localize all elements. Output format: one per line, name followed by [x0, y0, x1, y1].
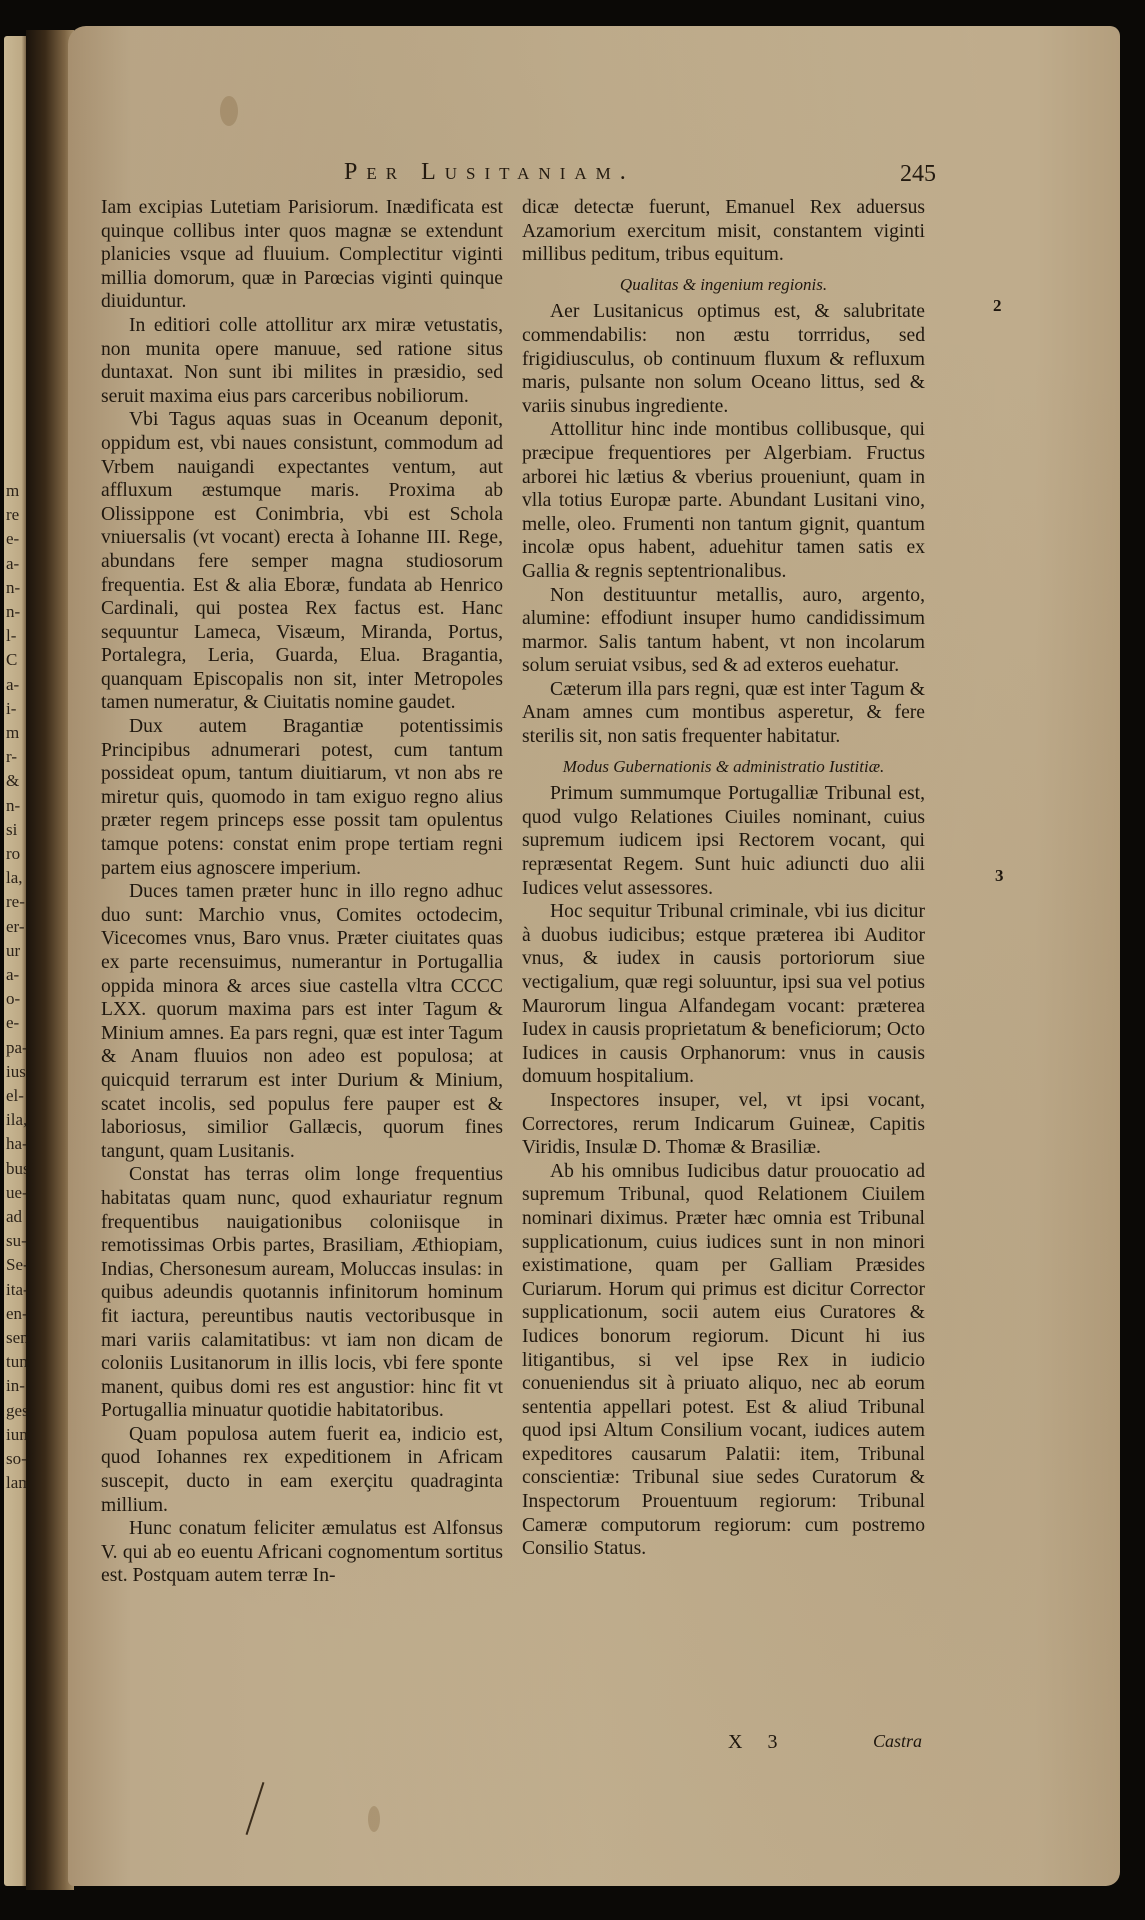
paper-stain: [220, 96, 238, 126]
paragraph: Quam populosa autem fuerit ea, indicio e…: [101, 1423, 503, 1517]
previous-page-fragment: a-: [6, 554, 19, 574]
previous-page-fragment: re: [6, 505, 19, 525]
previous-page-fragment: n-: [6, 796, 20, 816]
previous-page-fragment: gesi-: [6, 1401, 26, 1421]
signature-mark: X 3: [728, 1731, 787, 1754]
previous-page-fragment: la,: [6, 868, 23, 888]
previous-page-fragment: lam: [6, 1473, 26, 1493]
previous-page-fragment: r-: [6, 747, 17, 767]
previous-page-fragment: o-: [6, 989, 20, 1009]
previous-page-fragment: er-: [6, 917, 25, 937]
previous-page-fragment: &: [6, 771, 19, 791]
paragraph: Ab his omnibus Iudicibus datur prouocati…: [522, 1160, 925, 1561]
previous-page-fragment: m: [6, 723, 19, 743]
previous-page-fragment: sem: [6, 1328, 26, 1348]
previous-page-fragment: C: [6, 650, 17, 670]
section-heading-qualitas: Qualitas & ingenium regionis.: [522, 273, 925, 297]
book-page: Per Lusitaniam. 245 Iam excipias Lutetia…: [68, 26, 1120, 1886]
previous-page-fragment: a-: [6, 675, 19, 695]
previous-page-fragment: n-: [6, 602, 20, 622]
paragraph: Cæterum illa pars regni, quæ est inter T…: [522, 678, 925, 749]
paper-stain: [368, 1806, 380, 1832]
previous-page-fragment: en-: [6, 1304, 26, 1324]
previous-page-fragment: i-: [6, 699, 16, 719]
paragraph: Non destituuntur metallis, auro, argento…: [522, 584, 925, 678]
section-heading-gubernationis: Modus Gubernationis & administratio Iust…: [522, 755, 925, 779]
previous-page-edge: mree-a-n-n-l-Ca-i-mr-&n-sirola,re-er-ura…: [4, 36, 26, 1886]
previous-page-fragment: e-: [6, 529, 19, 549]
previous-page-fragment: re-: [6, 892, 25, 912]
catchword: Castra: [873, 1731, 922, 1752]
previous-page-fragment: el-: [6, 1086, 24, 1106]
pen-mark: [246, 1782, 265, 1835]
previous-page-fragment: l-: [6, 626, 16, 646]
paragraph: Iam excipias Lutetiam Parisiorum. Inædif…: [101, 196, 503, 314]
paragraph: Aer Lusitanicus optimus est, & salubrita…: [522, 300, 925, 418]
previous-page-fragment: pa-: [6, 1038, 26, 1058]
previous-page-fragment: si: [6, 820, 17, 840]
marginal-number-2: 2: [993, 296, 1002, 316]
previous-page-fragment: ro: [6, 844, 20, 864]
marginal-number-3: 3: [995, 866, 1004, 886]
previous-page-fragment: ha-: [6, 1134, 26, 1154]
previous-page-fragment: ium: [6, 1425, 26, 1445]
previous-page-fragment: su-: [6, 1231, 26, 1251]
previous-page-fragment: e-: [6, 1013, 19, 1033]
paragraph: Attollitur hinc inde montibus collibusqu…: [522, 418, 925, 583]
previous-page-fragment: Se-: [6, 1255, 26, 1275]
paragraph: Constat has terras olim longe frequentiu…: [101, 1163, 503, 1423]
previous-page-fragment: ur: [6, 941, 20, 961]
previous-page-fragment: ad: [6, 1207, 22, 1227]
previous-page-fragment: so-: [6, 1449, 26, 1469]
page-number: 245: [900, 161, 936, 188]
running-title: Per Lusitaniam.: [344, 159, 635, 186]
previous-page-fragment: ue-: [6, 1183, 26, 1203]
paragraph: Vbi Tagus aquas suas in Oceanum deponit,…: [101, 408, 503, 715]
paragraph: Primum summumque Portugalliæ Tribunal es…: [522, 782, 925, 900]
previous-page-fragment: ius: [6, 1062, 26, 1082]
previous-page-fragment: bus: [6, 1159, 26, 1179]
paragraph: Hoc sequitur Tribunal criminale, vbi ius…: [522, 900, 925, 1089]
previous-page-fragment: m: [6, 481, 19, 501]
right-column: dicæ detectæ fuerunt, Emanuel Rex aduers…: [522, 196, 925, 1561]
paragraph: Inspectores insuper, vel, vt ipsi vocant…: [522, 1089, 925, 1160]
previous-page-fragment: n-: [6, 578, 20, 598]
previous-page-fragment: ita-: [6, 1280, 26, 1300]
paragraph: In editiori colle attollitur arx miræ ve…: [101, 314, 503, 408]
paragraph: Hunc conatum feliciter æmulatus est Alfo…: [101, 1517, 503, 1588]
left-column: Iam excipias Lutetiam Parisiorum. Inædif…: [101, 196, 503, 1588]
previous-page-fragment: tum: [6, 1352, 26, 1372]
previous-page-fragment: in-: [6, 1376, 25, 1396]
book-gutter-shadow: [26, 30, 74, 1890]
previous-page-fragment: ila,: [6, 1110, 26, 1130]
previous-page-fragment: a-: [6, 965, 19, 985]
paragraph: dicæ detectæ fuerunt, Emanuel Rex aduers…: [522, 196, 925, 267]
paragraph: Dux autem Bragantiæ potentissimis Princi…: [101, 715, 503, 880]
paragraph: Duces tamen præter hunc in illo regno ad…: [101, 880, 503, 1163]
